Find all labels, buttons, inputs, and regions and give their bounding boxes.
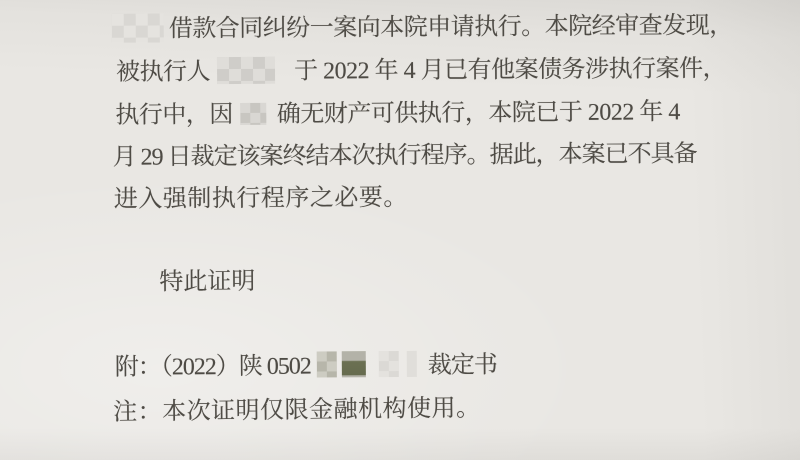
paragraph-line-5: 进入强制执行程序之必要。 <box>114 183 408 215</box>
line-5-text: 进入强制执行程序之必要。 <box>114 185 408 213</box>
line-3-text-after: 确无财产可供执行，本院已于 2022 年 4 <box>277 99 680 127</box>
paragraph-line-1: 借款合同纠纷一案向本院申请执行。本院经审查发现， <box>112 10 733 45</box>
line-3-text-before: 执行中，因 <box>115 102 233 129</box>
line-4-text: 月 29 日裁定该案终结本次执行程序。据此，本案已不具备 <box>112 141 696 171</box>
note-line: 注：本次证明仅限金融机构使用。 <box>113 394 481 428</box>
redacted-case-number-block-3 <box>379 351 399 377</box>
line-2-text-after: 于 2022 年 4 月已有他案债务涉执行案件， <box>294 56 726 85</box>
redacted-plaintiff-name <box>112 13 164 42</box>
document-photo: 借款合同纠纷一案向本院申请执行。本院经审查发现， 被执行人于 2022 年 4 … <box>0 0 800 460</box>
paper-page: 借款合同纠纷一案向本院申请执行。本院经审查发现， 被执行人于 2022 年 4 … <box>0 0 800 460</box>
attachment-text-after: 裁定书 <box>428 352 497 378</box>
paragraph-line-2: 被执行人于 2022 年 4 月已有他案债务涉执行案件， <box>116 54 726 88</box>
closing-statement: 特此证明 <box>159 267 255 298</box>
redacted-case-number-block-2 <box>342 351 366 377</box>
closing-text: 特此证明 <box>159 269 255 296</box>
paragraph-line-3: 执行中，因确无财产可供执行，本院已于 2022 年 4 <box>115 97 680 130</box>
attachment-line: 附：（2022）陕 0502裁定书 <box>115 350 497 382</box>
line-2-text-before: 被执行人 <box>116 59 210 86</box>
redacted-case-number-block-4 <box>407 351 417 377</box>
redacted-case-number-block-1 <box>317 351 337 377</box>
redacted-person-name <box>240 103 266 125</box>
redacted-debtor-name <box>217 57 275 84</box>
paragraph-line-4: 月 29 日裁定该案终结本次执行程序。据此，本案已不具备 <box>112 139 696 173</box>
note-text: 注：本次证明仅限金融机构使用。 <box>113 396 481 426</box>
line-1-text: 借款合同纠纷一案向本院申请执行。本院经审查发现， <box>169 13 733 42</box>
attachment-text-before: 附：（2022）陕 0502 <box>115 354 311 381</box>
